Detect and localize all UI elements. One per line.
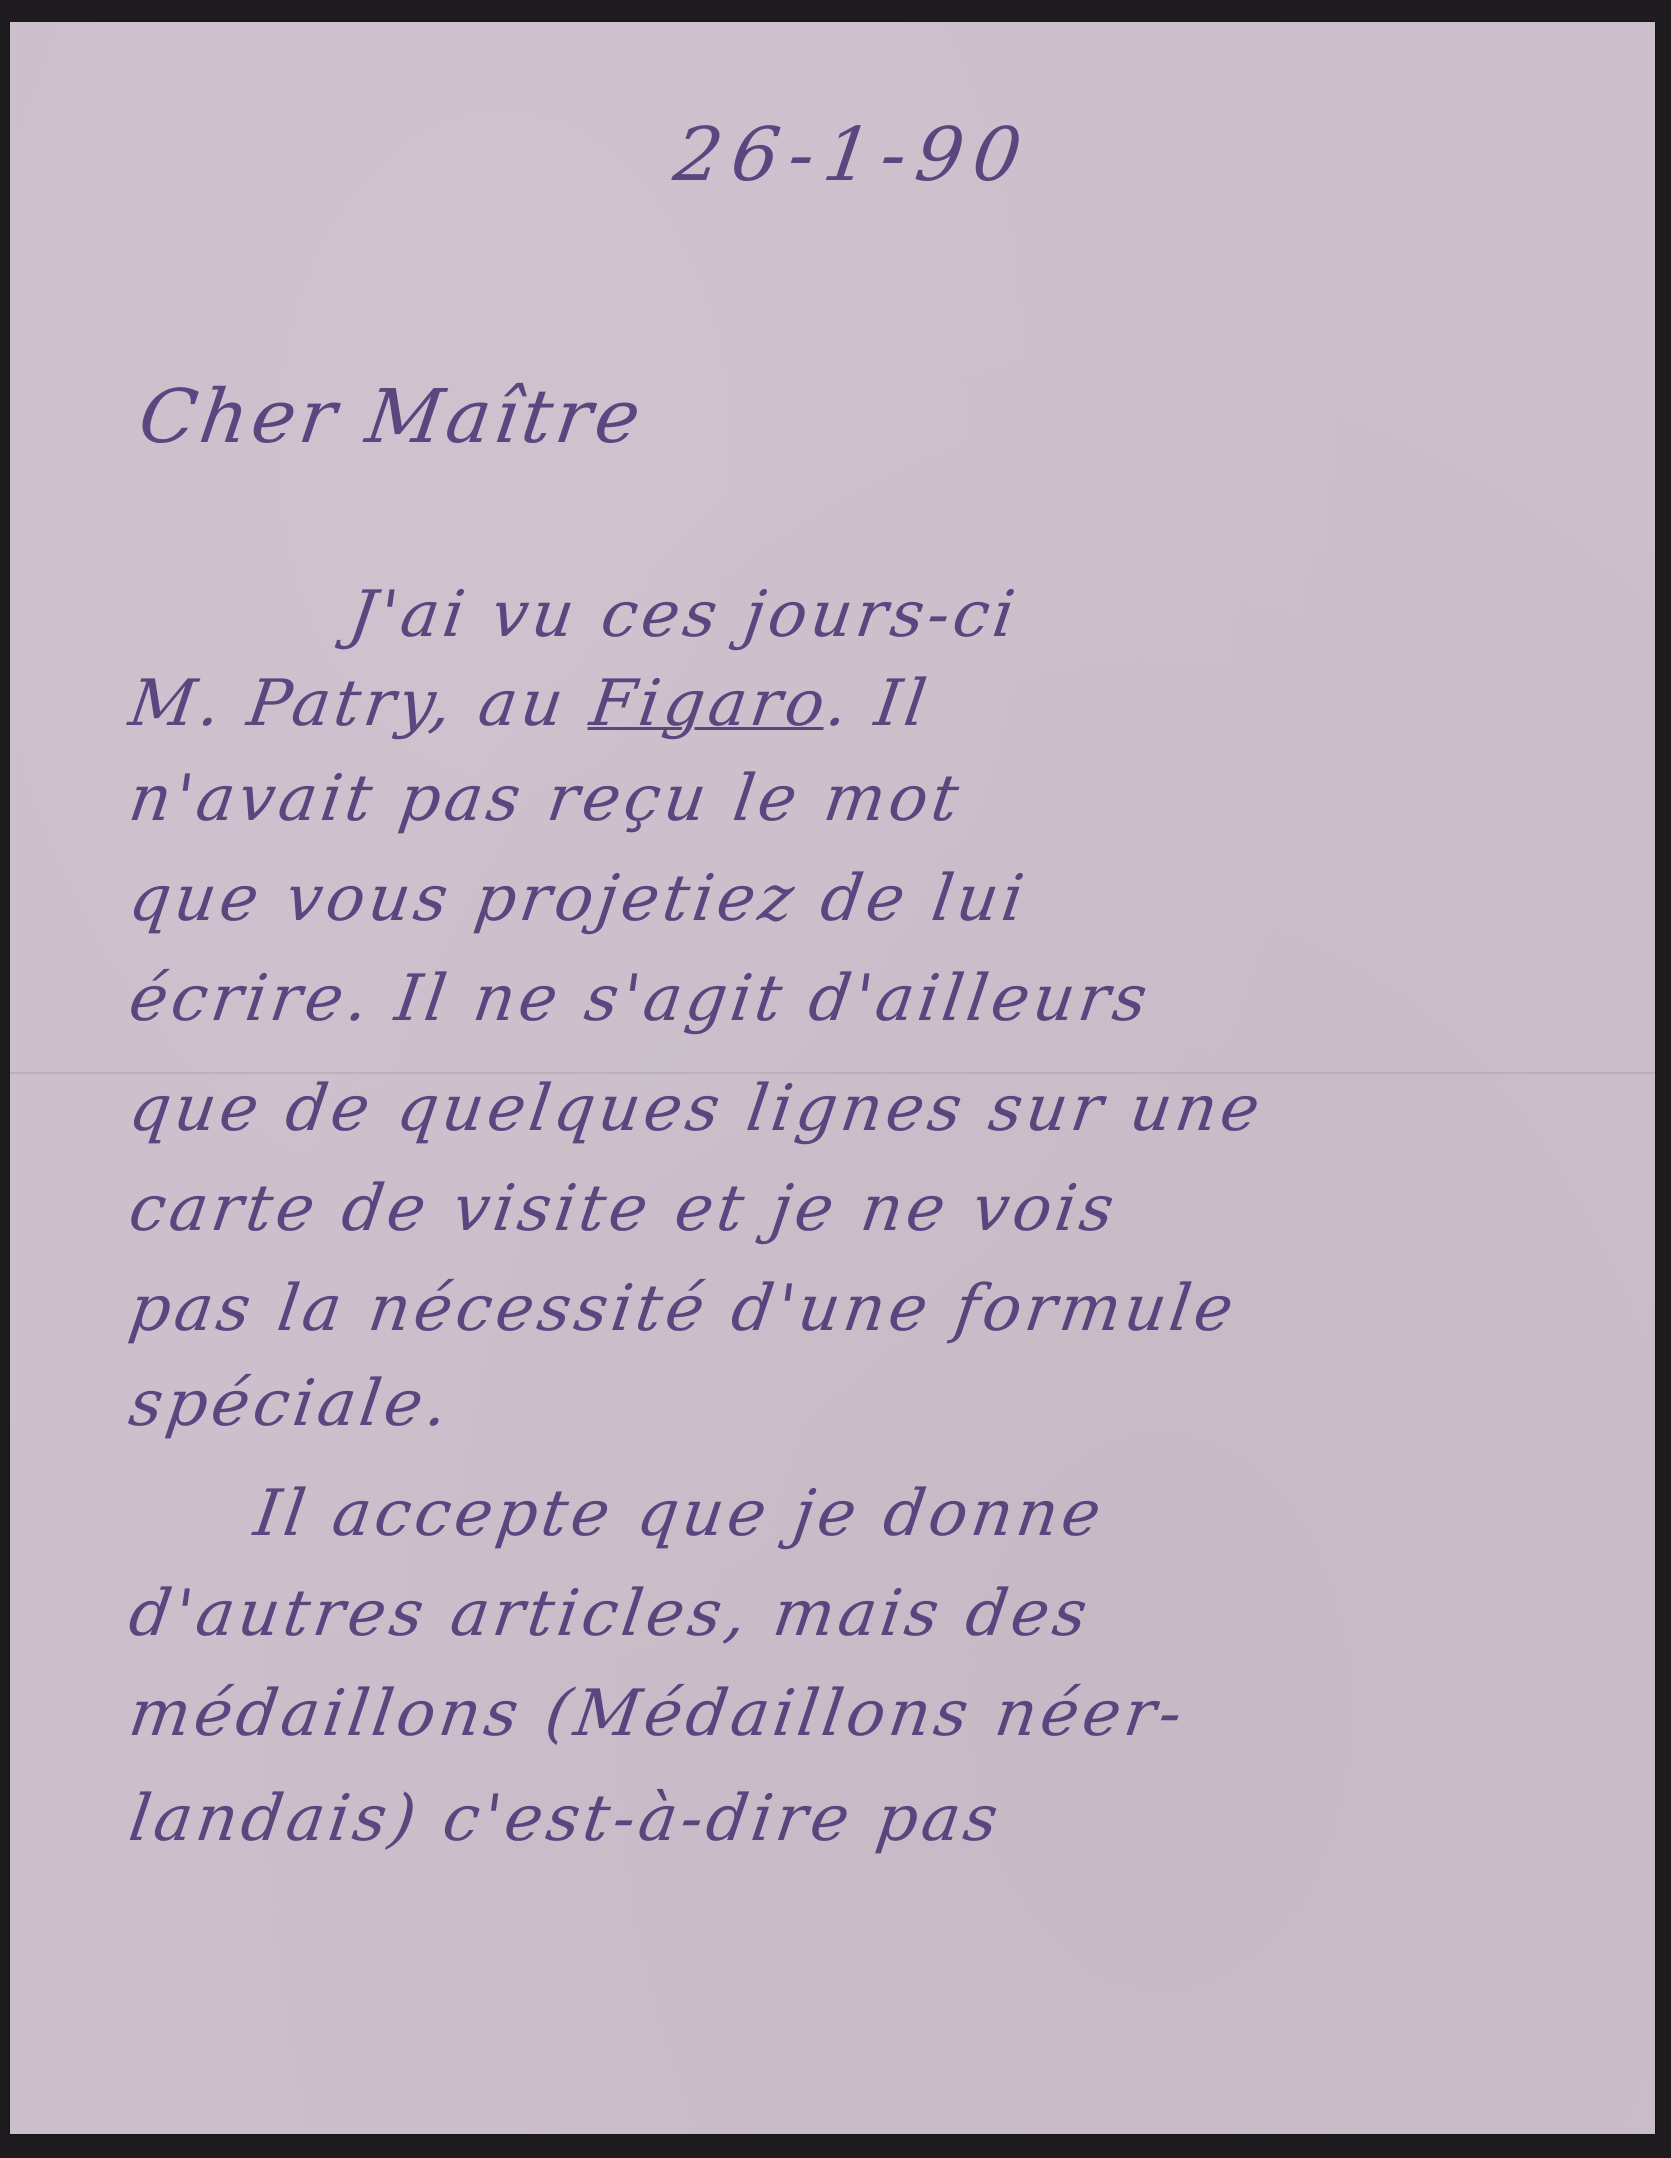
letter-date: 26-1-90 [669, 112, 1037, 198]
letter-line: landais) c'est-à-dire pas [125, 1782, 1006, 1856]
letter-line: spéciale. [125, 1367, 456, 1441]
letter-line: M. Patry, au Figaro. Il [125, 667, 935, 741]
letter-line: médaillons (Médaillons néer- [125, 1677, 1190, 1751]
underlined-word: Figaro [586, 667, 832, 741]
letter-line: d'autres articles, mais des [125, 1577, 1096, 1651]
letter-line: Il accepte que je donne [250, 1477, 1109, 1551]
letter-line: pas la nécessité d'une formule [125, 1272, 1242, 1346]
letter-line: que vous projetiez de lui [125, 862, 1032, 936]
letter-line: écrire. Il ne s'agit d'ailleurs [125, 962, 1156, 1036]
letter-line: J'ai vu ces jours-ci [345, 578, 1023, 652]
letter-line: n'avait pas reçu le mot [125, 762, 967, 836]
letter-salutation: Cher Maître [134, 374, 650, 460]
letter-page: 26-1-90 Cher Maître J'ai vu ces jours-ci… [10, 22, 1655, 2134]
letter-line: carte de visite et je ne vois [125, 1172, 1122, 1246]
letter-line: que de quelques lignes sur une [125, 1072, 1268, 1146]
